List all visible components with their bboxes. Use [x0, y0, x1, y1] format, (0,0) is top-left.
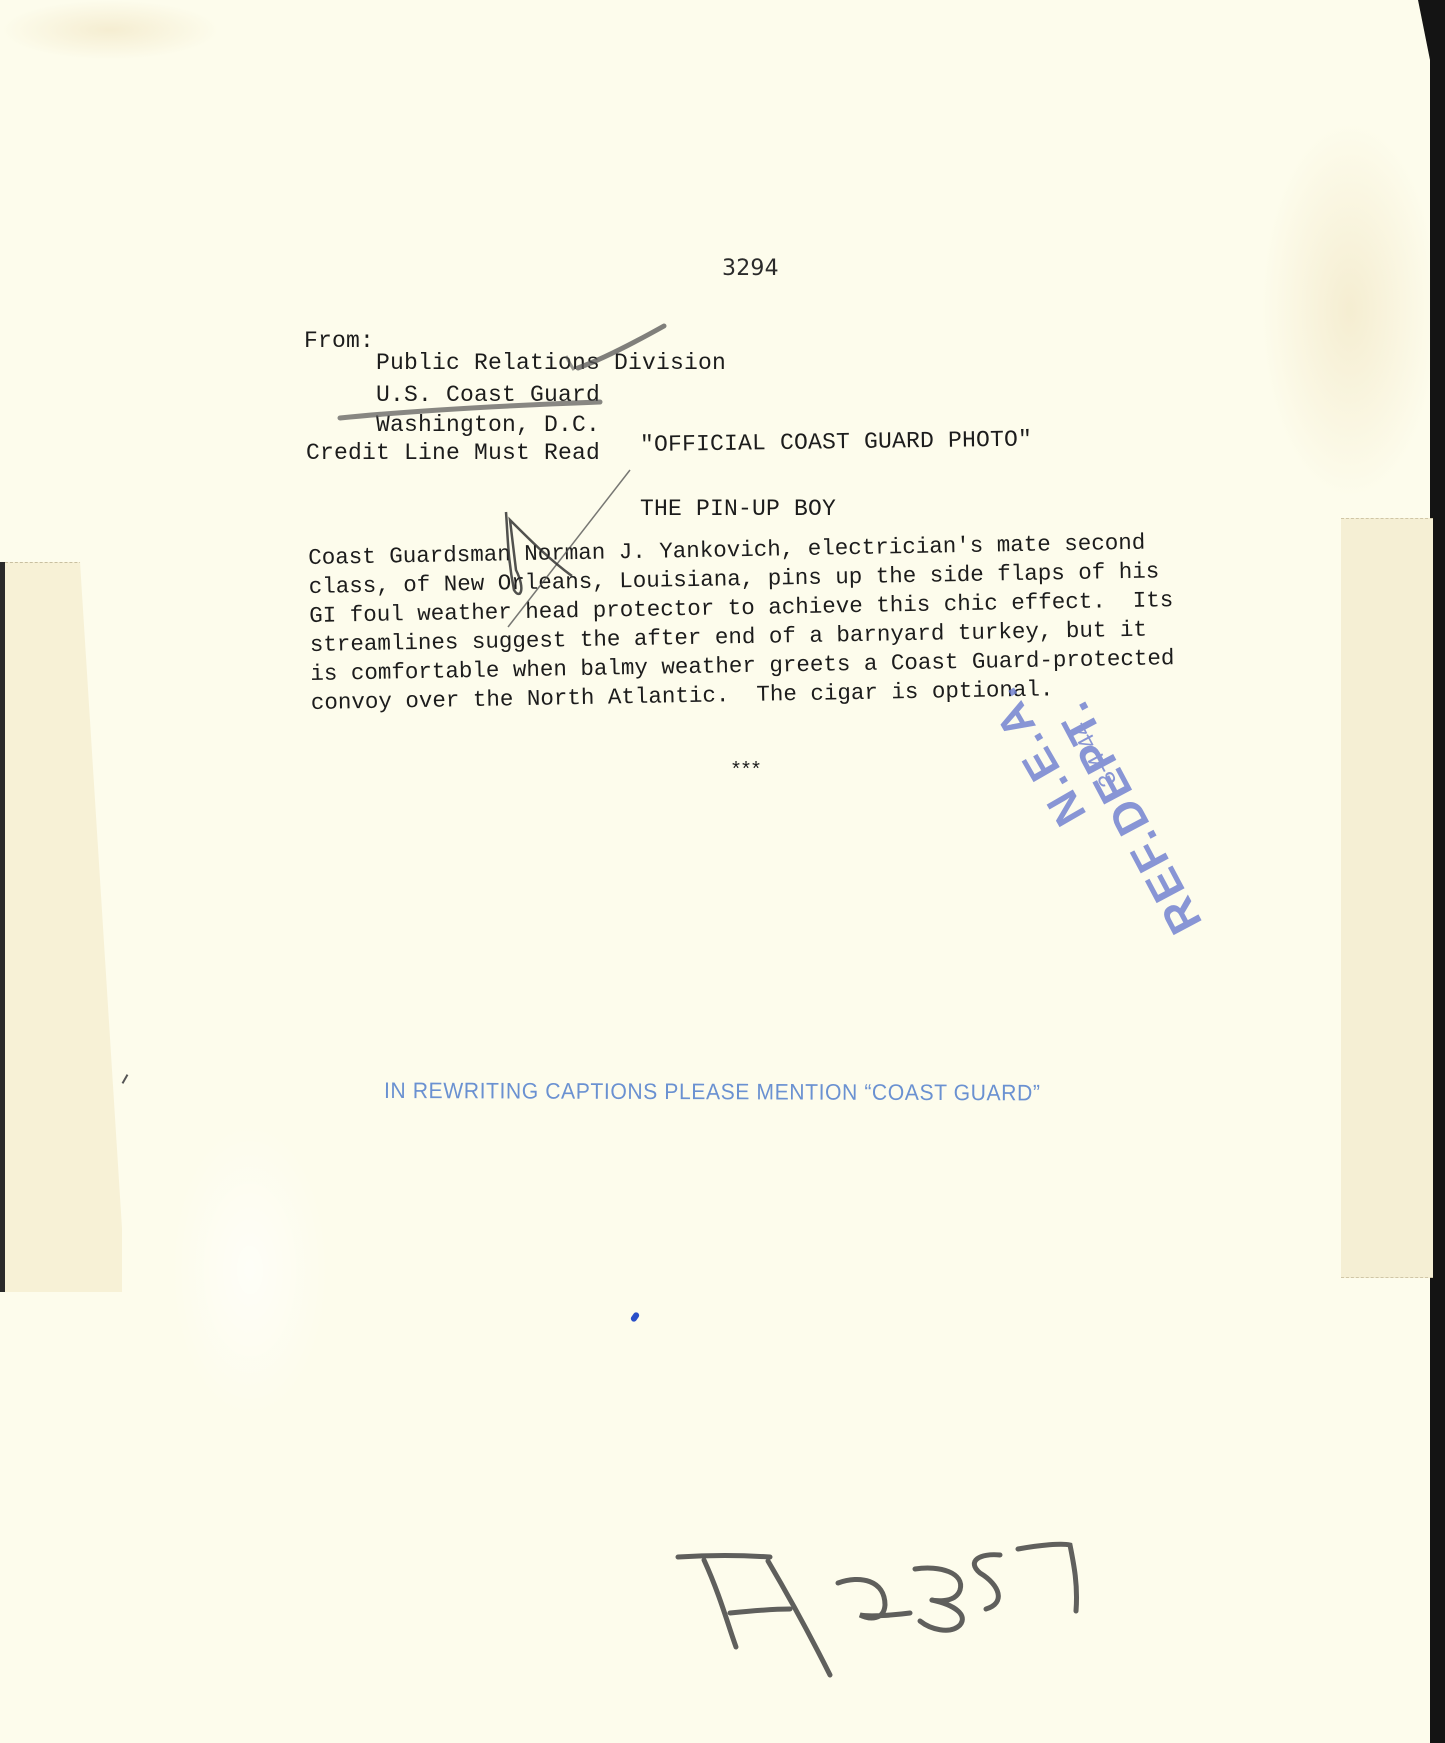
reference-stamp: N.E.A. 3-4-44 REF.DEPT.: [940, 640, 1280, 1000]
credit-line-label: Credit Line Must Read: [306, 440, 600, 466]
from-line-division: Public Relations Division: [376, 350, 726, 376]
handwritten-catalog-number: A 2357: [670, 1525, 1090, 1685]
paper-stain: [1260, 120, 1440, 500]
caption-headline: THE PIN-UP BOY: [640, 496, 836, 522]
from-line-city: Washington, D.C.: [376, 412, 600, 438]
section-separator: ***: [730, 760, 760, 783]
svg-text:A 2357: A 2357: [670, 1525, 673, 1526]
caption-notice-stamp: IN REWRITING CAPTIONS PLEASE MENTION “CO…: [384, 1078, 1041, 1106]
tape-strip-right: [1341, 518, 1433, 1278]
paper-highlight: [170, 1120, 330, 1420]
from-line-agency: U.S. Coast Guard: [376, 382, 600, 408]
background-edge-left: [0, 562, 5, 1292]
from-label: From:: [304, 328, 374, 354]
paper-stain: [0, 0, 220, 60]
credit-line-value: "OFFICIAL COAST GUARD PHOTO": [640, 427, 1032, 458]
page-number: 3294: [722, 256, 779, 281]
